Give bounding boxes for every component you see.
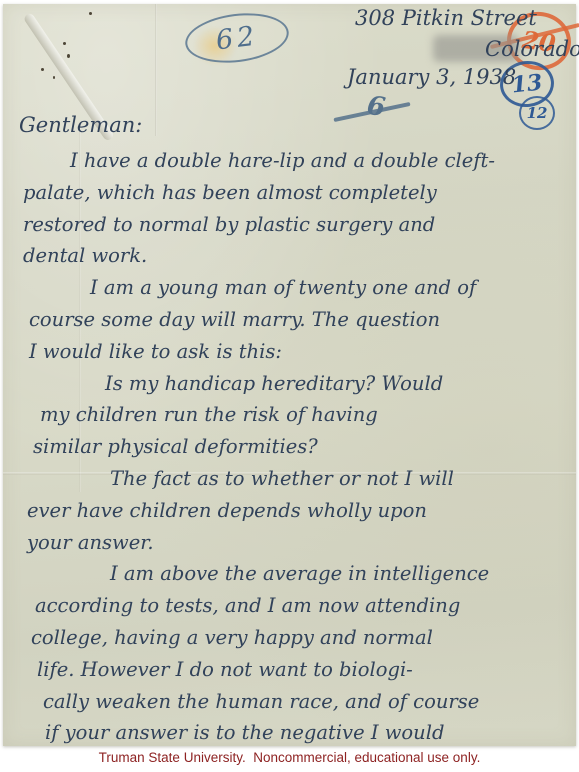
archive-caption: Truman State University. Noncommercial, … — [0, 750, 579, 765]
letter-line: life. However I do not want to biologi- — [15, 654, 571, 686]
date-line: January 3, 1938 — [347, 65, 516, 89]
circled-number-62-value: 62 — [214, 20, 260, 56]
letter-line: I would like to ask is this: — [15, 336, 571, 368]
circled-number-12: 12 — [519, 96, 555, 130]
letter-line: cally weaken the human race, and of cour… — [15, 686, 571, 718]
letter-line: dental work. — [15, 240, 571, 272]
letter-line: restored to normal by plastic surgery an… — [15, 209, 571, 241]
letter-line: your answer. — [15, 527, 571, 559]
letter-line: palate, which has been almost completely — [15, 177, 571, 209]
salutation: Gentleman: — [19, 113, 142, 137]
letter-line: if your answer is to the negative I woul… — [15, 717, 571, 749]
paper-speck — [53, 76, 55, 79]
address-street: 308 Pitkin Street — [355, 6, 537, 30]
letter-line: similar physical deformities? — [15, 431, 571, 463]
crossed-out-mark: 6 — [333, 92, 413, 126]
letter-line: college, having a very happy and normal — [15, 622, 571, 654]
letter-body: I have a double hare-lip and a double cl… — [15, 145, 571, 749]
letter-line: ever have children depends wholly upon — [15, 495, 571, 527]
letter-line: Is my handicap hereditary? Would — [15, 368, 571, 400]
letter-line: I have a double hare-lip and a double cl… — [15, 145, 571, 177]
letter-line: I am above the average in intelligence — [15, 558, 571, 590]
letter-line: course some day will marry. The question — [15, 304, 571, 336]
paper-speck — [41, 68, 44, 71]
letter-line: The fact as to whether or not I will — [15, 463, 571, 495]
vertical-fold-line — [155, 4, 157, 136]
letter-scan: 62 20 13 12 6 308 Pitkin Street Colorado… — [3, 4, 576, 746]
letter-line: I am a young man of twenty one and of — [15, 272, 571, 304]
letter-line: my children run the risk of having — [15, 399, 571, 431]
paper-speck — [63, 42, 66, 45]
address-state: Colorado — [485, 37, 579, 61]
paper-speck — [67, 54, 70, 58]
letter-line: according to tests, and I am now attendi… — [15, 590, 571, 622]
circled-number-12-value: 12 — [527, 104, 548, 122]
paper-speck — [89, 12, 92, 15]
